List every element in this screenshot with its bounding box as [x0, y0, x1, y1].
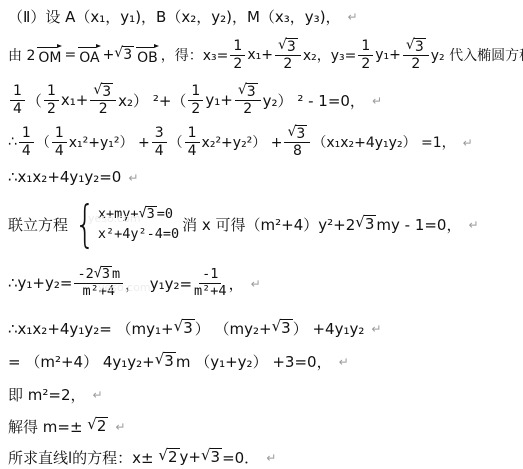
vector-om: OM [36, 45, 63, 66]
math-text: m²+4 [83, 284, 116, 300]
math-text: 4 [188, 143, 197, 159]
math-text: 即 m²=2， [8, 384, 86, 405]
radical-expression: √3 [201, 448, 222, 466]
fraction-numerator: 1 [52, 125, 67, 142]
line-substituted-equation: 14（12x₁+√32x₂） ²+（12y₁+√32y₂） ² - 1=0，↵ [0, 79, 523, 121]
fraction-denominator: 4 [13, 101, 22, 117]
radical-expression: √3 [174, 319, 195, 337]
radicand: 2 [167, 448, 180, 466]
math-text: ） （my₂+ [195, 318, 272, 339]
radical-expression: √3 [93, 83, 113, 100]
math-text: 3 [296, 126, 305, 142]
document-page: { "page": { "background": "#ffffff", "te… [0, 0, 523, 469]
fraction-numerator: 1 [185, 125, 200, 142]
math-text: = [64, 47, 76, 63]
math-text: 1 [55, 125, 64, 141]
math-text: 2 [47, 101, 56, 117]
fraction: √32 [275, 38, 301, 72]
fraction-denominator: 2 [99, 101, 108, 117]
math-text: x₁+ [61, 91, 88, 109]
math-text: y₁+ [205, 91, 232, 109]
math-text: ，得：x₃= [161, 45, 229, 65]
radicand: 3 [210, 448, 223, 466]
math-text: ） +4y₁y₂ [293, 318, 365, 339]
fraction: 12 [188, 83, 203, 116]
math-text: 3 [123, 47, 132, 63]
radical-expression: √3 [138, 206, 156, 223]
paragraph-mark-icon: ↵ [266, 451, 276, 465]
fraction-denominator: m²+4 [194, 284, 227, 300]
fraction-denominator: 8 [293, 143, 302, 159]
math-text: 2 [243, 101, 252, 117]
paragraph-mark-icon: ↵ [128, 171, 138, 185]
math-text: 1 [188, 125, 197, 141]
math-text: y+ [180, 448, 201, 466]
math-text: 2 [283, 56, 292, 72]
line-m-squared: 即 m²=2，↵ [0, 382, 523, 406]
equation-system: {x+my+√3=0x²+4y²-4=0 [69, 199, 179, 249]
math-text: ∴y₁+y₂= [8, 274, 72, 292]
fraction-numerator: √3 [90, 83, 116, 101]
fraction-denominator: 2 [243, 101, 252, 117]
paragraph-mark-icon: ↵ [251, 277, 261, 291]
math-text: 联立方程 [8, 214, 68, 235]
math-text: 2 [411, 56, 420, 72]
fraction: -1m²+4 [194, 267, 227, 299]
math-text: 2 [191, 101, 200, 117]
radicand: 3 [364, 215, 377, 233]
math-text: （Ⅱ）设 A（x₁，y₁)，B（x₂，y₂)，M（x₃，y₃)， [8, 6, 341, 27]
radical-expression: √3 [355, 215, 376, 233]
math-text: 4 [13, 101, 22, 117]
fraction-denominator: 2 [233, 56, 242, 72]
math-text: 4 [155, 143, 164, 159]
radical-expression: √3 [278, 38, 298, 55]
system-equation: x²+4y²-4=0 [98, 226, 179, 242]
math-text: x₂²+y₂²） + [202, 132, 283, 152]
line-vieta-formulas: ∴y₁+y₂=-2√3mm²+4， y₁y₂=-1m²+4，↵ [0, 257, 523, 309]
fraction-numerator: -1 [199, 267, 221, 284]
math-text: 8 [293, 143, 302, 159]
math-text: ， y₁y₂= [125, 273, 192, 294]
math-text: 3 [415, 39, 424, 55]
math-text: （ [169, 132, 183, 152]
paragraph-mark-icon: ↵ [348, 10, 358, 24]
fraction-denominator: 2 [47, 101, 56, 117]
fraction-numerator: √3 [403, 38, 429, 56]
paragraph-mark-icon: ↵ [371, 322, 381, 336]
fraction: 14 [185, 125, 200, 158]
radicand: 3 [163, 352, 176, 370]
math-text: ∴x₁x₂+4y₁y₂=0 [8, 168, 121, 186]
fraction-numerator: 1 [10, 83, 25, 100]
math-text: y₁+ [375, 47, 401, 63]
math-text: 1 [22, 125, 31, 141]
fraction: √32 [235, 83, 261, 117]
line-system-of-equations: 联立方程{x+my+√3=0x²+4y²-4=0消 x 可得（m²+4）y²+2… [0, 196, 523, 252]
math-text: 3 [155, 125, 164, 141]
fraction-numerator: 1 [19, 125, 34, 142]
math-text: -1 [202, 267, 218, 283]
line-problem-setup: （Ⅱ）设 A（x₁，y₁)，B（x₂，y₂)，M（x₃，y₃)，↵ [0, 3, 523, 29]
math-text: + [103, 47, 115, 63]
fraction-numerator: √3 [275, 38, 301, 56]
math-text: 3 [147, 206, 155, 222]
fraction-denominator: 2 [283, 56, 292, 72]
math-text: 1 [13, 83, 22, 99]
paragraph-mark-icon: ↵ [468, 218, 478, 232]
math-text: 3 [183, 319, 193, 337]
paragraph-mark-icon: ↵ [115, 420, 125, 434]
system-brace-icon: { [75, 199, 96, 249]
math-text: m [112, 267, 120, 283]
math-text: y₂） ² - 1=0， [263, 90, 365, 111]
math-text: 1 [233, 38, 242, 54]
radical-expression: √3 [238, 83, 258, 100]
math-text: 由 2 [8, 45, 35, 65]
fraction-numerator: -2√3m [74, 266, 123, 284]
math-text: （x₁x₂+4y₁y₂） =1， [312, 132, 455, 152]
line-expanded-equation: ∴14（14x₁²+y₁²） +34（14x₂²+y₂²） +√38（x₁x₂+… [0, 122, 523, 162]
fraction: 12 [44, 83, 59, 116]
fraction-denominator: m²+4 [83, 284, 116, 300]
radical-expression: √3 [155, 352, 176, 370]
math-text: 3 [102, 84, 111, 100]
radicand: 3 [246, 83, 258, 100]
fraction: 12 [358, 38, 373, 71]
radical-expression: √2 [158, 448, 179, 466]
math-text: x₂，y₃= [303, 45, 357, 65]
fraction: 34 [152, 125, 167, 158]
math-text: y₂ 代入椭圆方程可得： [431, 45, 523, 65]
fraction-denominator: 4 [188, 143, 197, 159]
fraction: √32 [90, 83, 116, 117]
fraction-denominator: 4 [155, 143, 164, 159]
system-rows: x+my+√3=0x²+4y²-4=0 [98, 206, 179, 242]
math-text: （ [27, 90, 42, 111]
fraction-numerator: 1 [358, 38, 373, 55]
math-text: x₁+ [247, 47, 273, 63]
math-text: 所求直线l的方程：x± [8, 447, 158, 468]
math-text: 1 [191, 83, 200, 99]
fraction-numerator: 3 [152, 125, 167, 142]
math-text: 2 [233, 56, 242, 72]
fraction: √32 [403, 38, 429, 72]
fraction-numerator: √3 [284, 125, 310, 143]
math-text: ， [229, 273, 244, 294]
math-text: 3 [281, 319, 291, 337]
fraction-denominator: 2 [361, 56, 370, 72]
fraction-numerator: 1 [44, 83, 59, 100]
fraction-denominator: 2 [411, 56, 420, 72]
radical-expression: √2 [87, 417, 108, 435]
math-text: x₁²+y₁²） + [69, 132, 150, 152]
math-text: x₂） ²+（ [118, 90, 186, 111]
radicand: 3 [146, 206, 157, 223]
math-text: 1 [47, 83, 56, 99]
paragraph-mark-icon: ↵ [372, 94, 382, 108]
paragraph-mark-icon: ↵ [93, 388, 103, 402]
fraction: 12 [230, 38, 245, 71]
radical-expression: √3 [406, 38, 426, 55]
math-text: 3 [287, 39, 296, 55]
math-text: 3 [164, 352, 174, 370]
fraction-denominator: 4 [55, 143, 64, 159]
fraction: 14 [19, 125, 34, 158]
fraction: 14 [52, 125, 67, 158]
vector-oa: OA [77, 45, 101, 66]
math-text: 3 [102, 266, 110, 282]
radicand: 3 [101, 266, 112, 283]
math-text: = （m²+4） 4y₁y₂+ [8, 351, 155, 372]
math-text: 3 [211, 448, 221, 466]
math-text: x²+4y²-4=0 [98, 226, 179, 242]
math-solution-document: （Ⅱ）设 A（x₁，y₁)，B（x₂，y₂)，M（x₃，y₃)，↵由 2OM=O… [0, 0, 523, 469]
math-text: =0． [222, 447, 259, 468]
radicand: 3 [182, 319, 195, 337]
line-final-answer: 所求直线l的方程：x± √2y+√3=0．↵ [0, 444, 523, 469]
fraction-denominator: 2 [191, 101, 200, 117]
radicand: 3 [122, 46, 134, 63]
paragraph-mark-icon: ↵ [463, 136, 473, 150]
fraction: √38 [284, 125, 310, 159]
radicand: 3 [414, 38, 426, 55]
fraction: 14 [10, 83, 25, 116]
math-text: x+my+ [98, 206, 139, 222]
math-text: 1 [361, 38, 370, 54]
math-text: -2 [77, 267, 93, 283]
radical-expression: √3 [94, 266, 112, 283]
math-text: 2 [361, 56, 370, 72]
math-text: my - 1=0， [376, 214, 461, 235]
line-vector-condition: 由 2OM=OA+√3OB，得：x₃=12x₁+√32x₂，y₃=12y₁+√3… [0, 34, 523, 76]
math-text: 消 x 可得（m²+4）y²+2 [182, 214, 355, 235]
line-key-relation: ∴x₁x₂+4y₁y₂=0↵ [0, 165, 523, 189]
math-text: （ [36, 132, 50, 152]
paragraph-mark-icon: ↵ [339, 355, 349, 369]
math-text: 4 [55, 143, 64, 159]
math-text: 解得 m=± [8, 416, 87, 437]
math-text: 3 [247, 84, 256, 100]
math-text: 2 [99, 101, 108, 117]
fraction-numerator: 1 [188, 83, 203, 100]
radicand: 3 [101, 83, 113, 100]
fraction-numerator: √3 [235, 83, 261, 101]
radicand: 3 [286, 38, 298, 55]
math-text: m²+4 [194, 284, 227, 300]
radical-expression: √3 [272, 319, 293, 337]
math-text: 3 [365, 215, 375, 233]
fraction: -2√3mm²+4 [74, 266, 123, 299]
radical-expression: √3 [287, 125, 307, 142]
line-solve-m: 解得 m=± √2↵ [0, 413, 523, 439]
vector-ob: OB [135, 45, 160, 66]
math-text: ∴ [8, 134, 17, 150]
line-substitute-back-1: ∴x₁x₂+4y₁y₂= （my₁+√3） （my₂+√3） +4y₁y₂↵ [0, 316, 523, 340]
fraction-numerator: 1 [230, 38, 245, 55]
system-equation: x+my+√3=0 [98, 206, 179, 223]
line-substitute-back-2: = （m²+4） 4y₁y₂+√3m （y₁+y₂） +3=0，↵ [0, 349, 523, 373]
math-text: m （y₁+y₂） +3=0， [176, 351, 332, 372]
fraction-denominator: 4 [22, 143, 31, 159]
radicand: 3 [295, 125, 307, 142]
math-text: 4 [22, 143, 31, 159]
math-text: 2 [168, 448, 178, 466]
radical-expression: √3 [114, 46, 134, 63]
math-text: 2 [97, 417, 107, 435]
math-text: ∴x₁x₂+4y₁y₂= （my₁+ [8, 318, 174, 339]
radicand: 3 [280, 319, 293, 337]
radicand: 2 [96, 417, 109, 435]
math-text: =0 [157, 206, 173, 222]
